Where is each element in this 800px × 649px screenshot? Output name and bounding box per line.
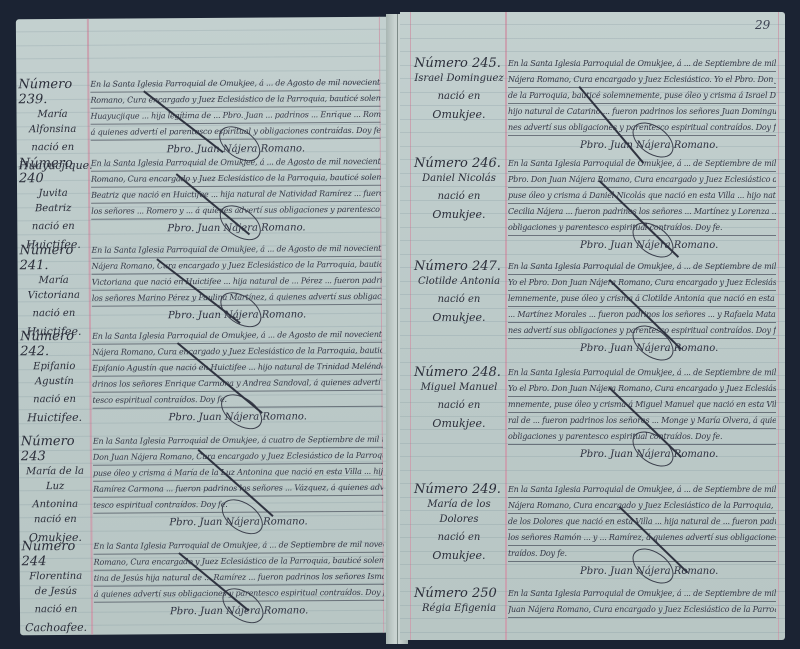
entry-number: Número 250 (414, 586, 504, 601)
entry-name: Miguel Manuel (414, 380, 504, 395)
entry-number: Número 244 (21, 539, 89, 569)
entry-name: María de la Luz (21, 464, 89, 494)
entry-born-label: nació en (22, 602, 90, 617)
entry-margin-label: Número 242.Epifanio Agustínnació enHuict… (20, 329, 89, 425)
entry-text-line: En la Santa Iglesia Parroquial de Omukje… (508, 259, 776, 275)
entry-text-line: En la Santa Iglesia Parroquial de Omukje… (508, 56, 776, 72)
ruled-line (16, 29, 392, 33)
ruled-line (400, 470, 785, 471)
entry-name: Juvita Beatriz (19, 186, 87, 216)
entry-margin-label: Número 246.Daniel Nicolásnació enOmukjee… (414, 156, 504, 222)
entry-text-line: Pbro. Don Juan Nájera Romano, Cura encar… (508, 172, 776, 188)
right-edge-rule (778, 12, 779, 640)
entry-text-line: Yo el Pbro. Don Juan Nájera Romano, Cura… (508, 275, 776, 291)
entry-text-line: mnemente, puse óleo y crisma á Miguel Ma… (508, 397, 776, 413)
entry-text-line: En la Santa Iglesia Parroquial de Omukje… (508, 365, 776, 381)
entry-name: Régia Efigenia (414, 601, 504, 616)
entry-born-label: nació en (414, 398, 504, 413)
entry-number: Número 247. (414, 259, 504, 274)
entry-text-line: En la Santa Iglesia Parroquial de Omukje… (508, 586, 776, 602)
entry-born-label: nació en (414, 530, 504, 545)
entry-text-line: En la Santa Iglesia Parroquial de Omukje… (508, 482, 776, 498)
ledger-spread: Número 239.María Alfonsinanació enHuayuc… (0, 0, 800, 649)
entry-born-label: nació en (20, 392, 88, 407)
entry-text-line: ral de ... fueron padrinos los señores .… (508, 413, 776, 429)
ruled-line (400, 564, 785, 565)
entry-number: Número 245. (414, 56, 504, 71)
right-page: 29 Número 245.Israel Domingueznació enOm… (400, 12, 785, 640)
ruled-line (16, 42, 392, 46)
ruled-line (400, 24, 785, 25)
entry-margin-label: Número 247.Clotilde Antonianació enOmukj… (414, 259, 504, 325)
entry-number: Número 248. (414, 365, 504, 380)
entry-number: Número 246. (414, 156, 504, 171)
ruled-line (400, 38, 785, 39)
ruled-line (400, 632, 785, 633)
entry-born-label: nació en (20, 306, 88, 321)
entry-text-line: hijo natural de Catarino ... fueron padr… (508, 104, 776, 120)
entry-text-line: Nájera Romano, Cura encargado y Juez Ecl… (508, 72, 776, 88)
entry-text-line: lemnemente, puse óleo y crisma á Clotild… (508, 291, 776, 307)
entry-birthplace: Omukjee. (414, 310, 504, 325)
entry-birthplace: Omukjee. (414, 416, 504, 431)
entry-born-label: nació en (414, 189, 504, 204)
entry-born-label: nació en (414, 89, 504, 104)
ruled-line (400, 254, 785, 255)
entry-name: María Alfonsina (18, 107, 86, 137)
entry-number: Número 249. (414, 482, 504, 497)
entry-birthplace: Omukjee. (414, 548, 504, 563)
entry-number: Número 239. (18, 77, 86, 107)
ruled-line (400, 578, 785, 579)
entry-birthplace: Omukjee. (414, 207, 504, 222)
entry-name: Israel Dominguez (414, 71, 504, 86)
entry-text-line: En la Santa Iglesia Parroquial de Omukje… (508, 156, 776, 172)
entry-margin-label: Número 240Juvita Beatriznació enHuictife… (19, 156, 88, 252)
entry-margin-label: Número 241.María Victoriananació enHuict… (19, 243, 88, 339)
entry-name: María de los Dolores (414, 497, 504, 527)
right-margin-rule (505, 12, 507, 640)
entry-margin-label: Número 245.Israel Domingueznació enOmukj… (414, 56, 504, 122)
entry-text-line: Yo el Pbro. Don Juan Nájera Romano, Cura… (508, 381, 776, 397)
entry-text-line: de la Parroquia, bauticé solemnemente, p… (508, 88, 776, 104)
entry-margin-label: Número 244Florentina de Jesúsnació enCac… (21, 539, 90, 635)
entry-born-label: Antonina nació en (21, 497, 89, 527)
entry-name: María Victoriana (20, 273, 88, 303)
entry-birthplace: Huictifee. (21, 410, 89, 425)
entry-name: Daniel Nicolás (414, 171, 504, 186)
entry-number: Número 243 (21, 434, 89, 464)
entry-text-line: Cecilia Nájera ... fueron padrinos los s… (508, 204, 776, 220)
entry-name: Epifanio Agustín (20, 359, 88, 389)
entry-margin-label: Número 243María de la LuzAntonina nació … (21, 434, 90, 545)
page-number: 29 (755, 18, 770, 32)
entry-name: Clotilde Antonia (414, 274, 504, 289)
entry-born-label: nació en (19, 219, 87, 234)
entry-birthplace: Cachoafee. (22, 620, 90, 635)
entry-text-line: Nájera Romano, Cura encargado y Juez Ecl… (508, 498, 776, 514)
left-page: Número 239.María Alfonsinanació enHuayuc… (16, 17, 396, 636)
entry-margin-label: Número 250Régia Efigenia (414, 586, 504, 619)
entry-margin-label: Número 248.Miguel Manuelnació enOmukjee. (414, 365, 504, 431)
entry-text-line: los señores Ramón ... y ... Ramírez, á q… (508, 530, 776, 546)
ruled-line (400, 362, 785, 363)
ruled-line (16, 56, 392, 60)
entry-number: Número 240 (19, 156, 87, 186)
entry-margin-label: Número 249.María de los Doloresnació enO… (414, 482, 504, 563)
right-inner-rule (410, 12, 411, 640)
gutter-fold (397, 14, 398, 644)
entry-born-label: nació en (19, 140, 87, 155)
entry-text-line: Juan Nájera Romano, Cura encargado y Jue… (508, 602, 776, 618)
entry-name: Florentina de Jesús (22, 569, 90, 599)
entry-body: En la Santa Iglesia Parroquial de Omukje… (508, 586, 776, 618)
entry-birthplace: Omukjee. (414, 107, 504, 122)
entry-number: Número 241. (19, 243, 87, 273)
entry-born-label: nació en (414, 292, 504, 307)
entry-number: Número 242. (20, 329, 88, 359)
ruled-line (16, 69, 392, 73)
entry-text-line: puse óleo y crisma á Daniel Nicolás que … (508, 188, 776, 204)
ruled-line (400, 51, 785, 52)
